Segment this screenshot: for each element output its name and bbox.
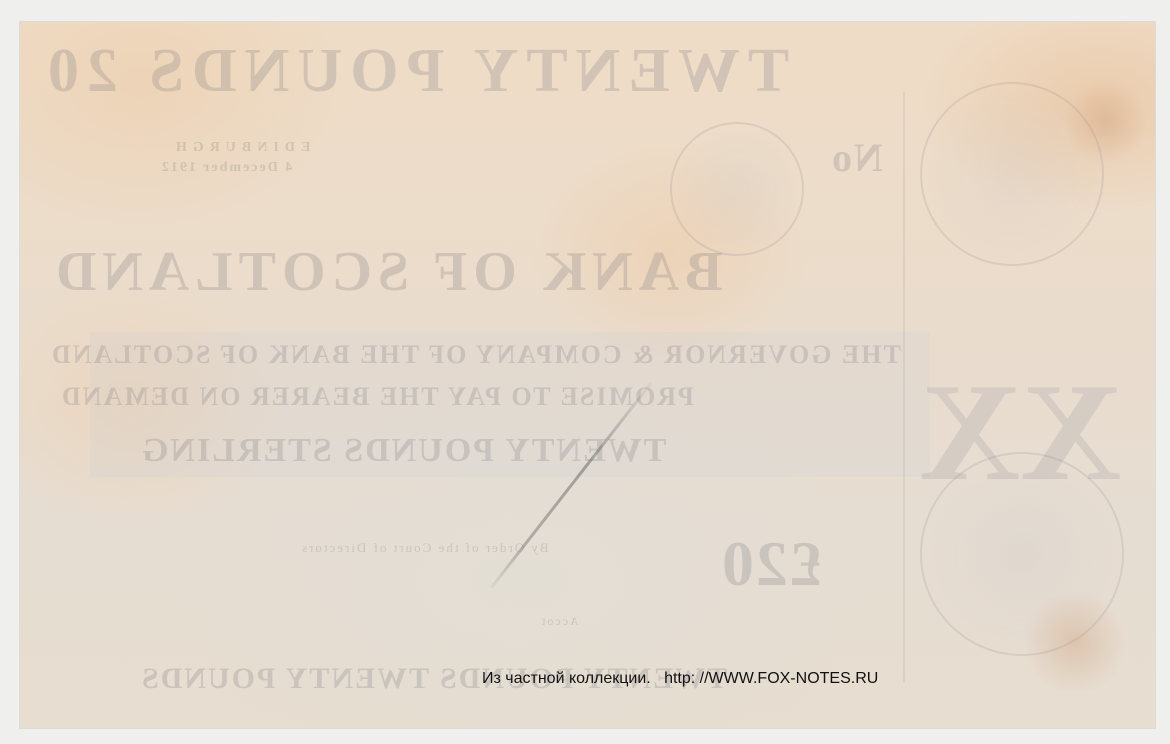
frame-line (903, 92, 905, 682)
collection-caption: Из частной коллекции. http: //WWW.FOX-NO… (482, 670, 878, 688)
seal-circle (670, 122, 804, 256)
ghost-place: EDINBURGH (170, 140, 310, 156)
stain (1060, 82, 1150, 162)
ghost-date: 4 December 1912 (160, 160, 292, 176)
ghost-bank-name: BANK OF SCOTLAND (50, 240, 723, 304)
ghost-accountant: Accot (540, 614, 579, 629)
banknote-reverse: TWENTY POUNDS 20 EDINBURGH 4 December 19… (20, 22, 1155, 728)
stain (1020, 592, 1130, 692)
ghost-promise-line: PROMISE TO PAY THE BEARER ON DEMAND (60, 382, 694, 412)
ghost-amount-symbol: £20 (720, 527, 822, 601)
ghost-side-numeral: XX (920, 352, 1122, 513)
ghost-serial-prefix: No (830, 134, 883, 181)
ghost-top-banner: TWENTY POUNDS 20 (40, 36, 789, 107)
ghost-order-line: By Order of the Court of Directors (300, 540, 549, 556)
ghost-promise-line: THE GOVERNOR & COMPANY OF THE BANK OF SC… (50, 340, 901, 370)
